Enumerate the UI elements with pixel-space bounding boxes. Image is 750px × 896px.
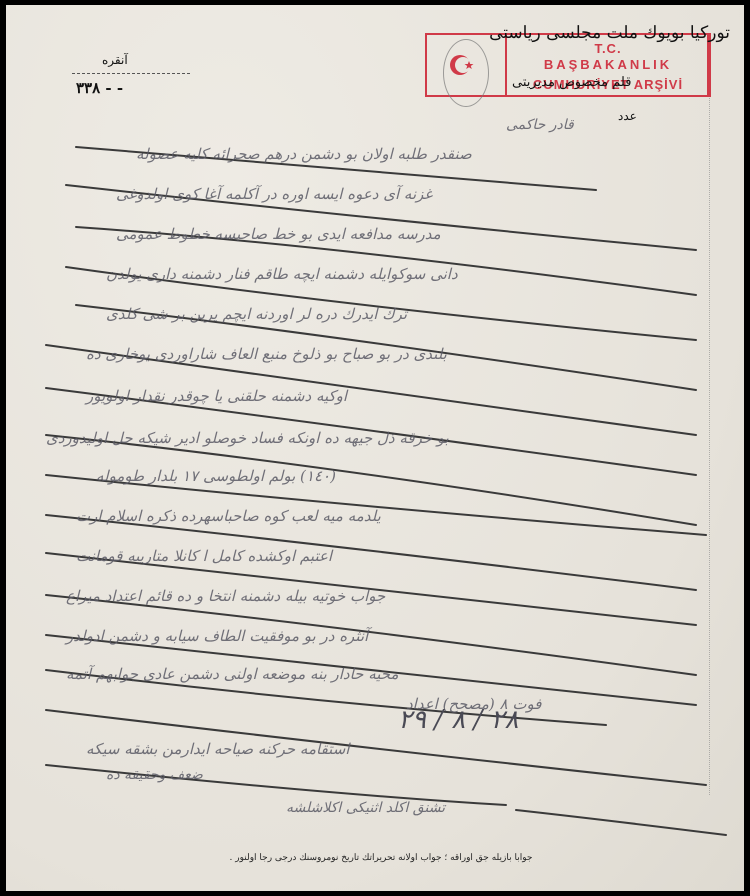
handwritten-line: قادر حاكمى (506, 117, 574, 133)
handwritten-line: ترك ايدرك دره لر اوردنه ايچم يرين بر شى … (106, 305, 407, 323)
handwritten-line: اعتبم اوكشده كامل ا كانلا متاريبه قومانت (76, 547, 332, 565)
handwritten-line: محيه حادار بنه موضعه اولنى دشمن عادى جوا… (66, 665, 399, 683)
handwritten-line: غزنه آى دعوه ايسه اوره در آكلمه آغا كوى … (116, 185, 432, 203)
printed-footer-note: جوابا بازيله جق اوراقه ؛ جواب اولانه تحر… (156, 853, 606, 863)
handwritten-line: آنثره در بو موفقيت الطاف سيابه و دشمن اد… (66, 627, 368, 645)
handwritten-line: يلدمه ميه لعب كوه صاحباسهرده ذكره اسلام … (76, 507, 381, 525)
handwritten-line: استقامه حركنه صياحه ايدارمن بشقه سيكه (86, 740, 349, 758)
strike-through-lines (6, 5, 744, 891)
handwritten-line: دانى سوكوايله دشمنه ايچه طاقم فنار دشمنه… (106, 265, 458, 283)
handwritten-line: جواب خوتيه بيله دشمنه انتخا و ده قائم اع… (66, 587, 385, 605)
handwritten-line: اوكيه دشمنه حلقنى يا چوقدر نقدار اولويور (86, 387, 347, 405)
handwritten-line: مدرسه مدافعه ايدى بو خط صاحبسه خطوط عموم… (116, 225, 441, 243)
handwritten-line: صنقدر طلبه اولان بو دشمن درهم صحرائه كلي… (136, 145, 472, 163)
handwritten-line: (١٤٠) بولم اولطوسى ١٧ بلدار طوموله (96, 467, 336, 485)
handwritten-line: ضعف وحقيقه ده (106, 767, 203, 783)
handwritten-date: ٢٨ / ٨ / ٢٩ (398, 705, 518, 735)
handwritten-line: بو خرقه ذل جيهه ده اونكه فساد خوصلو ادير… (46, 429, 449, 447)
handwritten-line: بلندى در بو صباح بو ذلوخ منبع العاف شارا… (86, 345, 447, 363)
handwritten-line: تشنق اكلد اثنيكى اكلاشلشه (286, 800, 445, 816)
document-page: آنقره ٣٣٨ - - T.C. BAŞBAKANLIK CUMHURİYE… (6, 5, 744, 891)
